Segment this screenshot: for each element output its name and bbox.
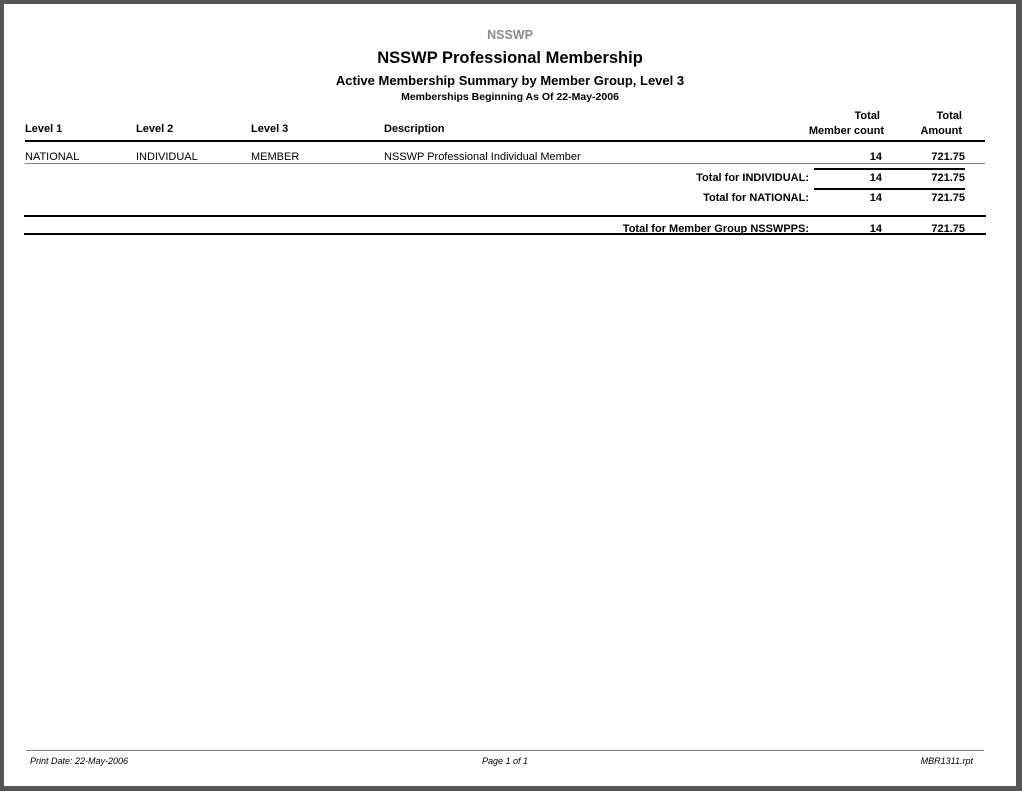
- report-page: NSSWP NSSWP Professional Membership Acti…: [4, 4, 1016, 786]
- subtotal-national-rule: [814, 188, 965, 190]
- subtotal-national-amount: 721.75: [894, 192, 965, 204]
- subtotal-individual-amount: 721.75: [894, 172, 965, 184]
- footer-page-number: Page 1 of 1: [4, 756, 1006, 766]
- cell-level3: MEMBER: [251, 151, 299, 163]
- cell-level1: NATIONAL: [25, 151, 79, 163]
- report-date-range: Memberships Beginning As Of 22-May-2006: [4, 91, 1016, 103]
- column-header-amount-line1: Total: [894, 110, 962, 122]
- report-title: NSSWP Professional Membership: [4, 49, 1016, 68]
- grand-total-bottom-rule: [24, 233, 986, 235]
- column-header-level3: Level 3: [251, 123, 288, 135]
- cell-level2: INDIVIDUAL: [136, 151, 198, 163]
- subtotal-individual-label: Total for INDIVIDUAL:: [564, 172, 809, 184]
- subtotal-individual-member-count: 14: [804, 172, 882, 184]
- cell-member-count: 14: [804, 151, 882, 163]
- column-header-member-count-line2: Member count: [784, 125, 884, 137]
- footer-rule: [26, 750, 984, 751]
- organization-name: NSSWP: [4, 28, 1016, 42]
- subtotal-individual-rule: [814, 168, 965, 170]
- header-rule: [25, 140, 985, 142]
- footer-report-file: MBR1311.rpt: [884, 756, 973, 766]
- column-header-amount-line2: Amount: [894, 125, 962, 137]
- row-rule: [25, 163, 985, 164]
- column-header-description: Description: [384, 123, 445, 135]
- cell-amount: 721.75: [894, 151, 965, 163]
- column-header-level1: Level 1: [25, 123, 62, 135]
- grand-total-top-rule: [24, 215, 986, 217]
- subtotal-national-member-count: 14: [804, 192, 882, 204]
- subtotal-national-label: Total for NATIONAL:: [564, 192, 809, 204]
- column-header-level2: Level 2: [136, 123, 173, 135]
- column-header-member-count-line1: Total: [784, 110, 880, 122]
- cell-description: NSSWP Professional Individual Member: [384, 151, 581, 163]
- report-subtitle: Active Membership Summary by Member Grou…: [4, 73, 1016, 88]
